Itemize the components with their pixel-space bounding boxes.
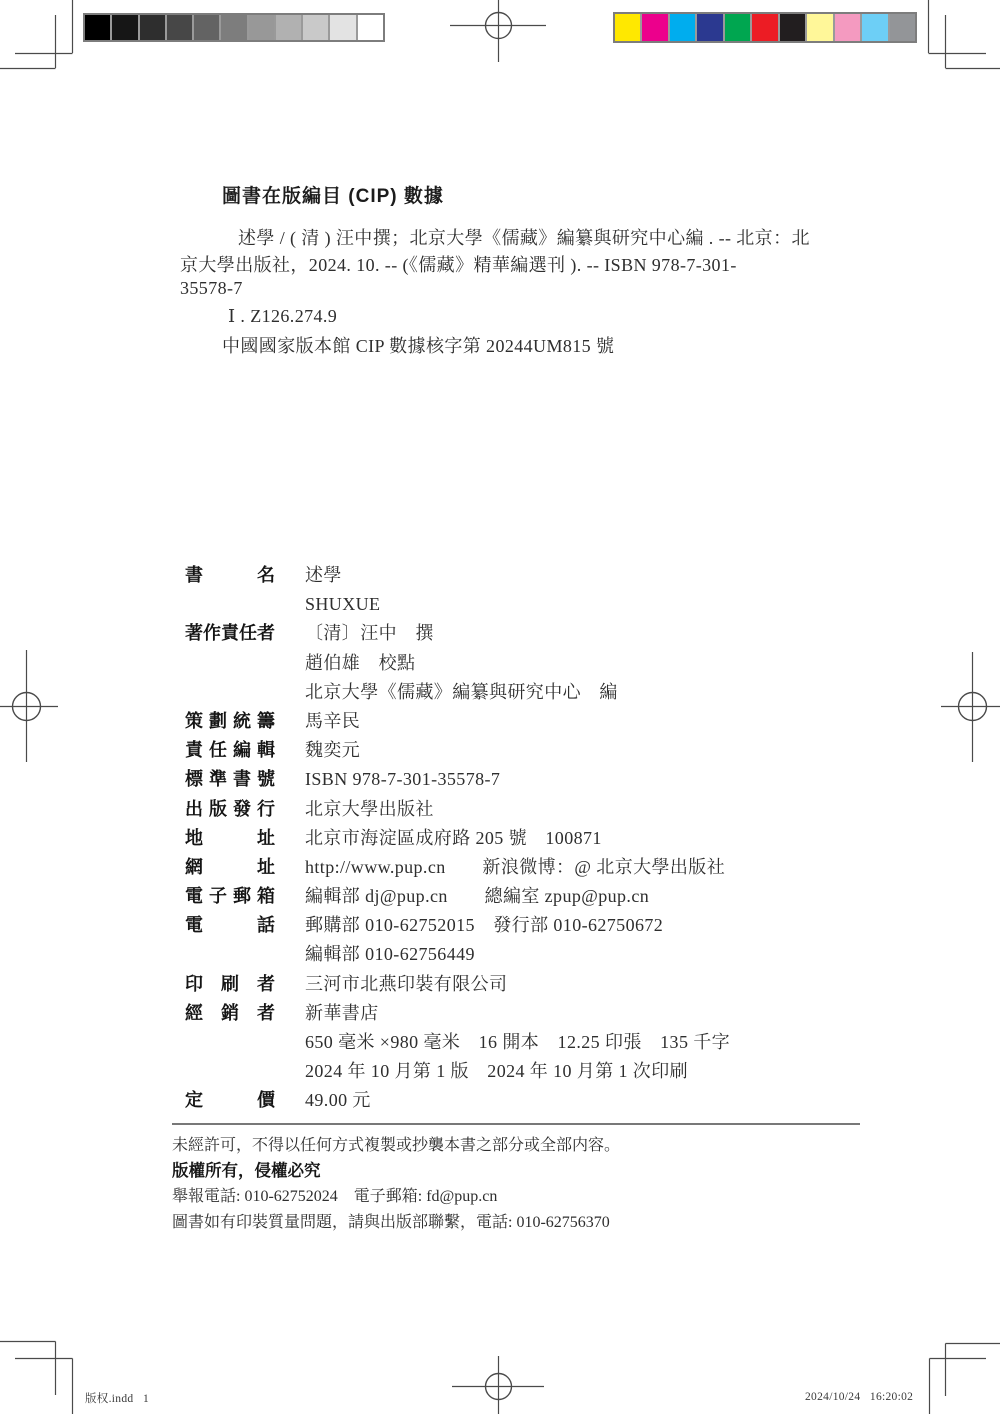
colophon-row-email: 電子郵箱編輯部 dj@pup.cn 總編室 zpup@pup.cn: [185, 882, 875, 911]
colophon-row-planning: 策劃統籌馬辛民: [185, 707, 875, 736]
page: 圖書在版編目 (CIP) 數據 述學 / ( 清 ) 汪中撰；北京大學《儒藏》編…: [0, 0, 1000, 1414]
row-label: 出版發行: [185, 795, 275, 824]
row-label: [185, 678, 275, 707]
grayscale-swatch: [249, 15, 274, 40]
row-value: 2024 年 10 月第 1 版 2024 年 10 月第 1 次印刷: [305, 1057, 688, 1086]
footer-filename: 版权.indd 1: [85, 1390, 149, 1406]
colophon-row-publisher: 出版發行北京大學出版社: [185, 795, 875, 824]
row-label: 經銷者: [185, 999, 275, 1028]
grayscale-swatch: [303, 15, 328, 40]
grayscale-swatch: [358, 15, 383, 40]
cip-classification-line: Ⅰ . Z126.274.9: [228, 306, 337, 327]
color-swatch: [862, 14, 887, 41]
copyright-rights: 版權所有，侵權必究: [172, 1159, 872, 1185]
row-label: 書名: [185, 561, 275, 590]
grayscale-calibration-bar: [83, 13, 385, 42]
grayscale-swatch: [167, 15, 192, 40]
registration-mark-left-middle: [0, 650, 58, 762]
colophon-row-edition: 2024 年 10 月第 1 版 2024 年 10 月第 1 次印刷: [185, 1057, 875, 1086]
crop-mark-bottom-left: [0, 1342, 73, 1414]
colophon-row-authors: 趙伯雄 校點: [185, 649, 875, 678]
grayscale-swatch: [276, 15, 301, 40]
row-label: [185, 1057, 275, 1086]
color-swatch: [697, 14, 722, 41]
row-value: 北京市海淀區成府路 205 號 100871: [305, 824, 602, 853]
row-value: 北京大學出版社: [305, 795, 434, 824]
row-label: 標準書號: [185, 765, 275, 794]
registration-mark-top-center: [450, 0, 546, 62]
cip-text-line: 述學 / ( 清 ) 汪中撰；北京大學《儒藏》編纂與研究中心編 . -- 北京：…: [238, 224, 810, 250]
color-swatch: [807, 14, 832, 41]
colophon-row-phone: 編輯部 010-62756449: [185, 940, 875, 969]
color-swatch: [642, 14, 667, 41]
grayscale-swatch: [194, 15, 219, 40]
grayscale-swatch: [330, 15, 355, 40]
row-value: ISBN 978-7-301-35578-7: [305, 765, 500, 794]
row-label: 電話: [185, 911, 275, 940]
row-label: 印刷者: [185, 970, 275, 999]
grayscale-swatch: [140, 15, 165, 40]
crop-mark-bottom-right: [930, 1344, 1000, 1414]
row-label: [185, 1028, 275, 1057]
row-label: 策劃統籌: [185, 707, 275, 736]
row-value: 編輯部 010-62756449: [305, 940, 475, 969]
row-value: 編輯部 dj@pup.cn 總編室 zpup@pup.cn: [305, 882, 649, 911]
row-label: 定價: [185, 1086, 275, 1115]
row-value: 郵購部 010-62752015 發行部 010-62750672: [305, 911, 663, 940]
row-label: 責任編輯: [185, 736, 275, 765]
row-value: 〔清〕汪中 撰: [305, 619, 434, 648]
row-label: [185, 590, 275, 619]
colophon-row-format: 650 毫米 ×980 毫米 16 開本 12.25 印張 135 千字: [185, 1028, 875, 1057]
color-swatch: [615, 14, 640, 41]
cip-heading: 圖書在版編目 (CIP) 數據: [222, 181, 444, 208]
copyright-quality-line: 圖書如有印裝質量問題，請與出版部聯繫，電話: 010-62756370: [172, 1210, 872, 1236]
color-swatch: [670, 14, 695, 41]
colophon-row-book-title: 書名述學: [185, 561, 875, 590]
colophon-row-price: 定價49.00 元: [185, 1086, 875, 1115]
row-value: 49.00 元: [305, 1086, 371, 1115]
colophon-row-authors: 北京大學《儒藏》編纂與研究中心 編: [185, 678, 875, 707]
crop-mark-top-right: [929, 0, 1000, 69]
row-value: 三河市北燕印裝有限公司: [305, 970, 507, 999]
colophon-row-authors: 著作責任者〔清〕汪中 撰: [185, 619, 875, 648]
row-label: 電子郵箱: [185, 882, 275, 911]
color-swatch: [725, 14, 750, 41]
footer-timestamp: 2024/10/24 16:20:02: [805, 1391, 913, 1403]
copyright-report-line: 舉報電話: 010-62752024 電子郵箱: fd@pup.cn: [172, 1184, 872, 1210]
color-calibration-bar: [613, 12, 917, 43]
colophon-table: 書名述學 SHUXUE 著作責任者〔清〕汪中 撰 趙伯雄 校點 北京大學《儒藏》…: [185, 561, 875, 1116]
row-value: 趙伯雄 校點: [305, 649, 415, 678]
cip-record-line: 中國國家版本館 CIP 數據核字第 20244UM815 號: [222, 332, 614, 358]
cip-text-line: 京大學出版社，2024. 10. -- (《儒藏》精華編選刊 ). -- ISB…: [180, 251, 737, 277]
colophon-row-phone: 電話郵購部 010-62752015 發行部 010-62750672: [185, 911, 875, 940]
colophon-row-book-title-pinyin: SHUXUE: [185, 590, 875, 619]
grayscale-swatch: [85, 15, 110, 40]
colophon-row-editor: 責任編輯魏奕元: [185, 736, 875, 765]
grayscale-swatch: [112, 15, 137, 40]
grayscale-swatch: [221, 15, 246, 40]
row-label: 網址: [185, 853, 275, 882]
colophon-row-printer: 印刷者三河市北燕印裝有限公司: [185, 970, 875, 999]
registration-mark-bottom-center: [452, 1356, 544, 1414]
row-value: 魏奕元: [305, 736, 360, 765]
divider-rule: [172, 1123, 860, 1125]
crop-mark-top-left: [0, 0, 73, 69]
cip-text-line: 35578-7: [180, 278, 243, 299]
copyright-block: 未經許可，不得以任何方式複製或抄襲本書之部分或全部内容。 版權所有，侵權必究 舉…: [172, 1133, 872, 1235]
row-label: 地址: [185, 824, 275, 853]
colophon-row-isbn: 標準書號ISBN 978-7-301-35578-7: [185, 765, 875, 794]
row-value: 新華書店: [305, 999, 379, 1028]
row-value: 650 毫米 ×980 毫米 16 開本 12.25 印張 135 千字: [305, 1028, 730, 1057]
color-swatch: [890, 14, 915, 41]
colophon-row-address: 地址北京市海淀區成府路 205 號 100871: [185, 824, 875, 853]
row-value: 馬辛民: [305, 707, 360, 736]
colophon-row-website: 網址http://www.pup.cn 新浪微博：@ 北京大學出版社: [185, 853, 875, 882]
row-label: [185, 940, 275, 969]
copyright-notice: 未經許可，不得以任何方式複製或抄襲本書之部分或全部内容。: [172, 1133, 872, 1159]
row-value: 述學: [305, 561, 342, 590]
color-swatch: [752, 14, 777, 41]
colophon-row-distributor: 經銷者新華書店: [185, 999, 875, 1028]
row-label: 著作責任者: [185, 619, 275, 648]
color-swatch: [835, 14, 860, 41]
row-value: SHUXUE: [305, 590, 380, 619]
registration-mark-right-middle: [941, 652, 1000, 762]
row-value: 北京大學《儒藏》編纂與研究中心 編: [305, 678, 618, 707]
row-label: [185, 649, 275, 678]
color-swatch: [780, 14, 805, 41]
row-value: http://www.pup.cn 新浪微博：@ 北京大學出版社: [305, 853, 725, 882]
